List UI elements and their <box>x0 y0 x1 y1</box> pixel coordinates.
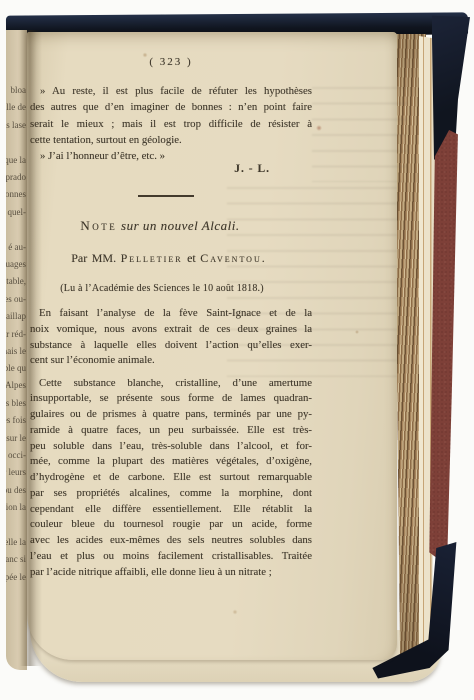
left-page-fragment: ation la <box>6 499 26 516</box>
letter-excerpt: » Au reste, il est plus facile de réfute… <box>30 83 312 164</box>
left-page-fragment: onnes <box>6 186 26 203</box>
left-page-fragment: es fois <box>6 412 26 429</box>
left-page-fragment: e sur le <box>6 430 26 447</box>
ink-showthrough <box>312 87 407 182</box>
left-page-fragment: lopée le <box>6 569 26 586</box>
left-page-fragment: s lase <box>6 117 26 134</box>
left-page-edge: bloaelle des laseque lapradoonnesquel-é … <box>6 30 27 670</box>
body-line: substance à laquelle elles doivent l’act… <box>30 338 312 354</box>
body-line: gulaires ou de prismes à quatre pans, te… <box>30 407 312 423</box>
left-page-text-fragments-lower: ble qus Alpeses bleses foise sur lete oc… <box>6 360 26 586</box>
book: bloaelle des laseque lapradoonnesquel-é … <box>0 0 474 700</box>
body-line: noix vomique, nous avons extrait de ces … <box>30 322 312 338</box>
left-page-fragment: ble qu <box>6 360 26 377</box>
left-page-fragment: aillap <box>6 308 26 325</box>
body-line: couleur bleue du tournesol rougie par un… <box>30 517 312 533</box>
left-page-fragment: ar réd- <box>6 326 26 343</box>
left-page-fragment <box>6 134 26 151</box>
right-page: ( 323 ) » Au reste, il est plus facile d… <box>27 32 397 660</box>
body-line: par l’acide nitrique affaibli, elle donn… <box>30 565 312 581</box>
article-title-subject: sur un nouvel Alcali. <box>117 218 239 233</box>
byline-connector: et <box>183 251 201 265</box>
body-line: Cette substance blanche, cristalline, d’… <box>30 376 312 392</box>
presentation-note: (Lu à l’Académie des Sciences le 10 août… <box>21 283 303 294</box>
letter-line: serait le mieux ; mais il est trop diffi… <box>30 116 312 132</box>
letter-signature: J. - L. <box>30 163 312 175</box>
left-page-fragment: blanc si <box>6 551 26 568</box>
left-page-fragment: prado <box>6 169 26 186</box>
left-page-fragment: par leurs <box>6 464 26 481</box>
body-line: peu soluble dans l’eau, très-soluble dan… <box>30 439 312 455</box>
body-line: mée, comme la plupart des matières végét… <box>30 454 312 470</box>
page-number: ( 323 ) <box>30 56 312 68</box>
body-line: ramide à quatre faces, un peu surbaissée… <box>30 423 312 439</box>
photo-backdrop: bloaelle des laseque lapradoonnesquel-é … <box>0 0 474 700</box>
article-body: En faisant l’analyse de la fève Saint-Ig… <box>30 306 312 580</box>
article-title: Note sur un nouvel Alcali. <box>19 218 301 234</box>
body-line: insupportable, se présente sous forme de… <box>30 391 312 407</box>
left-page-fragment: mais le <box>6 343 26 360</box>
left-page-fragment: é au- <box>6 239 26 256</box>
left-page-fragment: celle la <box>6 534 26 551</box>
left-page-fragment: C ou des <box>6 482 26 499</box>
section-divider-rule <box>138 195 194 197</box>
left-page-fragment: uages <box>6 256 26 273</box>
left-page-fragment: s Alpes <box>6 377 26 394</box>
article-paragraph: Cette substance blanche, cristalline, d’… <box>30 376 312 581</box>
left-page-fragment: que la <box>6 152 26 169</box>
left-page-fragment: bloa <box>6 82 26 99</box>
letter-line: des autres que d’en imaginer de bonnes :… <box>30 99 312 115</box>
byline-author-pelletier: Pelletier <box>121 251 183 265</box>
byline-author-caventou: Caventou. <box>200 251 267 265</box>
article-paragraph: En faisant l’analyse de la fève Saint-Ig… <box>30 306 312 369</box>
body-line: cependant elle diffère essentiellement. … <box>30 502 312 518</box>
body-line: En faisant l’analyse de la fève Saint-Ig… <box>30 306 312 322</box>
body-line: avec les acides eux-mêmes des sels neutr… <box>30 533 312 549</box>
left-page-fragment <box>6 517 26 534</box>
body-line: par ses propriétés alcalines, comme la m… <box>30 486 312 502</box>
byline-prefix: Par MM. <box>71 251 120 265</box>
body-line: d’hydrogène et de carbone. Elle est surt… <box>30 470 312 486</box>
letter-line: cette tentation, surtout en géologie. <box>30 132 312 148</box>
left-page-fragment: elle de <box>6 99 26 116</box>
left-page-fragment: te occi- <box>6 447 26 464</box>
left-page-fragment: es bles <box>6 395 26 412</box>
letter-line: » Au reste, il est plus facile de réfute… <box>30 83 312 99</box>
article-byline: Par MM. Pelletier et Caventou. <box>28 251 310 266</box>
article-title-word: Note <box>80 218 117 233</box>
body-line: cent sur l’économie animale. <box>30 353 312 369</box>
body-line: l’eau et plus ou moins facilement crista… <box>30 549 312 565</box>
